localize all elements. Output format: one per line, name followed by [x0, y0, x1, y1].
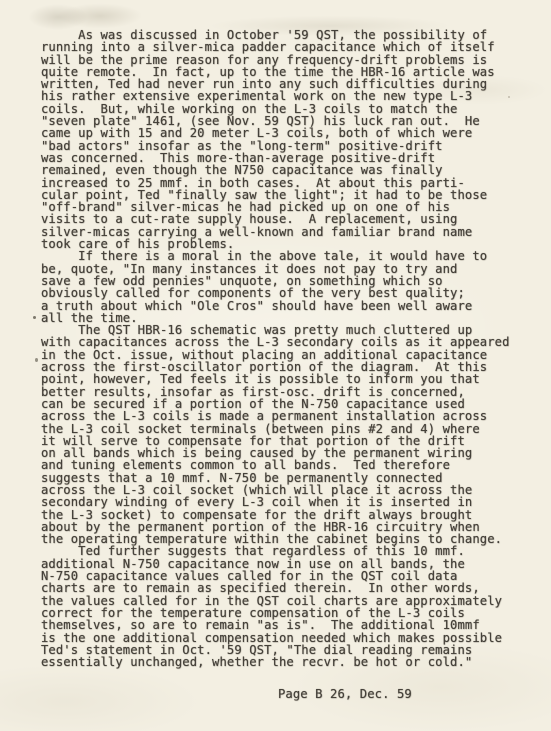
text-line: themselves, so are to remain "as is". Th… — [41, 619, 510, 631]
text-line: his rather extensive experimental work o… — [41, 90, 510, 102]
scan-speck — [35, 358, 38, 362]
page-footer: Page B 26, Dec. 59 — [278, 688, 412, 700]
text-line: essentially unchanged, whether the recvr… — [41, 656, 510, 668]
text-line: If there is a moral in the above tale, i… — [41, 250, 510, 262]
scan-smudge — [28, 4, 88, 30]
text-line: is the one additional compensation neede… — [41, 632, 510, 644]
scanned-document-page: As was discussed in October '59 QST, the… — [0, 0, 551, 731]
text-line: obviously called for components of the v… — [41, 287, 510, 299]
text-line: and tuning elements common to all bands.… — [41, 459, 510, 471]
text-line: came up with 15 and 20 meter L-3 coils, … — [41, 127, 510, 139]
text-line: increased to 25 mmf. in both cases. At a… — [41, 177, 510, 189]
text-line: across the L-3 coils is made a permanent… — [41, 410, 510, 422]
text-line: point, however, Ted feels it is possible… — [41, 373, 510, 385]
text-line: Ted further suggests that regardless of … — [41, 545, 510, 557]
text-line: charts are to remain as specified therei… — [41, 582, 510, 594]
paragraph: If there is a moral in the above tale, i… — [41, 250, 510, 324]
text-line: the L-3 coil socket terminals (between p… — [41, 423, 510, 435]
text-line: visits to a cut-rate supply house. A rep… — [41, 213, 510, 225]
text-line: secondary winding of every L-3 coil when… — [41, 496, 510, 508]
text-line: running into a silver-mica padder capaci… — [41, 41, 510, 53]
scan-speck — [33, 316, 36, 319]
paragraph: The QST HBR-16 schematic was pretty much… — [41, 324, 510, 545]
document-body: As was discussed in October '59 QST, the… — [41, 29, 510, 668]
paragraph: Ted further suggests that regardless of … — [41, 545, 510, 668]
text-line: a truth about which "Ole Cros" should ha… — [41, 300, 510, 312]
paragraph: As was discussed in October '59 QST, the… — [41, 29, 510, 250]
text-line: remained, even though the N750 capacitan… — [41, 164, 510, 176]
text-line: with capacitances across the L-3 seconda… — [41, 336, 510, 348]
